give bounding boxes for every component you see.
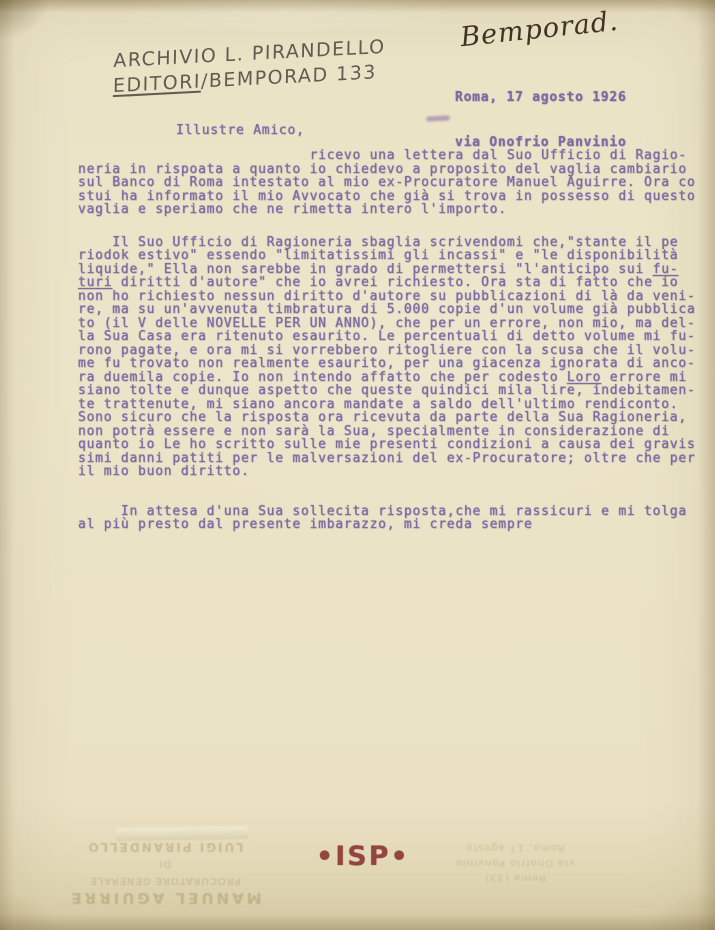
letter-line: simi danni patiti per le malversazioni d… [78,452,710,466]
bleedthrough-left: MANUEL AGUIRRE PROCURATORE GENERALE DI L… [40,838,290,906]
letter-paragraph: In attesa d'una Sua sollecita risposta,c… [78,505,710,532]
bleedthrough-line: MANUEL AGUIRRE [40,889,290,906]
letter-line: ra duemila copie. Io non intendo affatto… [78,371,710,385]
archive-note: ARCHIVIO L. PIRANDELLO EDITORI/BEMPORAD … [113,35,386,99]
letter-line: Il Suo Ufficio di Ragioneria sbaglia scr… [78,236,710,250]
letter-line: riodok estivo" essendo "limitatissimi gl… [78,249,710,263]
letter-body: ricevo una lettera dal Suo Ufficio di Ra… [78,149,710,532]
letter-line: quanto io Le ho scritto sulle mie presen… [78,438,710,452]
letter-line: to (il V delle NOVELLE PER UN ANNO), che… [78,317,710,331]
bleedthrough-line: DI [40,855,290,872]
letter-line: me fu trovato non realmente esaurito, pe… [78,357,710,371]
bleedthrough-line: PROCURATORE GENERALE [40,872,290,889]
bemporad-annotation: Bemporad. [459,6,620,53]
letter-paragraph: ricevo una lettera dal Suo Ufficio di Ra… [78,149,710,217]
letter-line: re, ma su un'avvenuta timbratura di 5.00… [78,303,710,317]
letter-line: la Sua Casa era ritenuto esaurito. Le pe… [78,330,710,344]
letter-line: te trattenute, mi siano ancora mandate a… [78,398,710,412]
letter-line: liquide," Ella non sarebbe in grado di p… [78,263,710,277]
letter-paragraph: Il Suo Ufficio di Ragioneria sbaglia scr… [78,236,710,479]
bleedthrough-line: Roma (33) [410,870,620,885]
archive-note-underlined: EDITORI [113,71,201,98]
letter-line: al più presto dal presente imbarazzo, mi… [78,518,710,532]
letter-line: stui ha informato il mio Avvocato che gi… [78,190,710,204]
letter-line: non potrà essere e non sarà la Sua, spec… [78,425,710,439]
letter-line: siano tolte e dunque aspetto che queste … [78,384,710,398]
scanned-letter-page: ARCHIVIO L. PIRANDELLO EDITORI/BEMPORAD … [0,0,715,930]
letter-line: il mio buon diritto. [78,465,710,479]
bleedthrough-right: Roma (33) via Onofrio Panvinio Roma, 17 … [410,840,620,885]
letter-line: neria in rispoata a quanto io chiedevo a… [78,163,710,177]
letter-line: vaglia e speriamo che ne rimetta intero … [78,203,710,217]
salutation: Illustre Amico, [176,124,305,138]
letter-line: turi diritti d'autore" che io avrei rich… [78,276,710,290]
bleedthrough-line: LUIGI PIRANDELLO [40,838,290,855]
letter-line: sul Banco di Roma intestato al mio ex-Pr… [78,176,710,190]
ink-smudge [426,115,450,121]
bleedthrough-line: via Onofrio Panvinio [410,855,620,870]
date-line: Roma, 17 agosto 1926 [455,90,627,105]
isp-stamp: •ISP• [316,841,410,872]
letter-line: non ho richiesto nessun diritto d'autore… [78,290,710,304]
letter-line: ricevo una lettera dal Suo Ufficio di Ra… [78,149,710,163]
letter-line: Sono sicuro che la risposta ora ricevuta… [78,411,710,425]
letter-line: In attesa d'una Sua sollecita risposta,c… [78,505,710,519]
bleedthrough-line: Roma, 17 agosto [410,840,620,855]
letter-line: rono pagate, e ora mi si vorrebbero rito… [78,344,710,358]
